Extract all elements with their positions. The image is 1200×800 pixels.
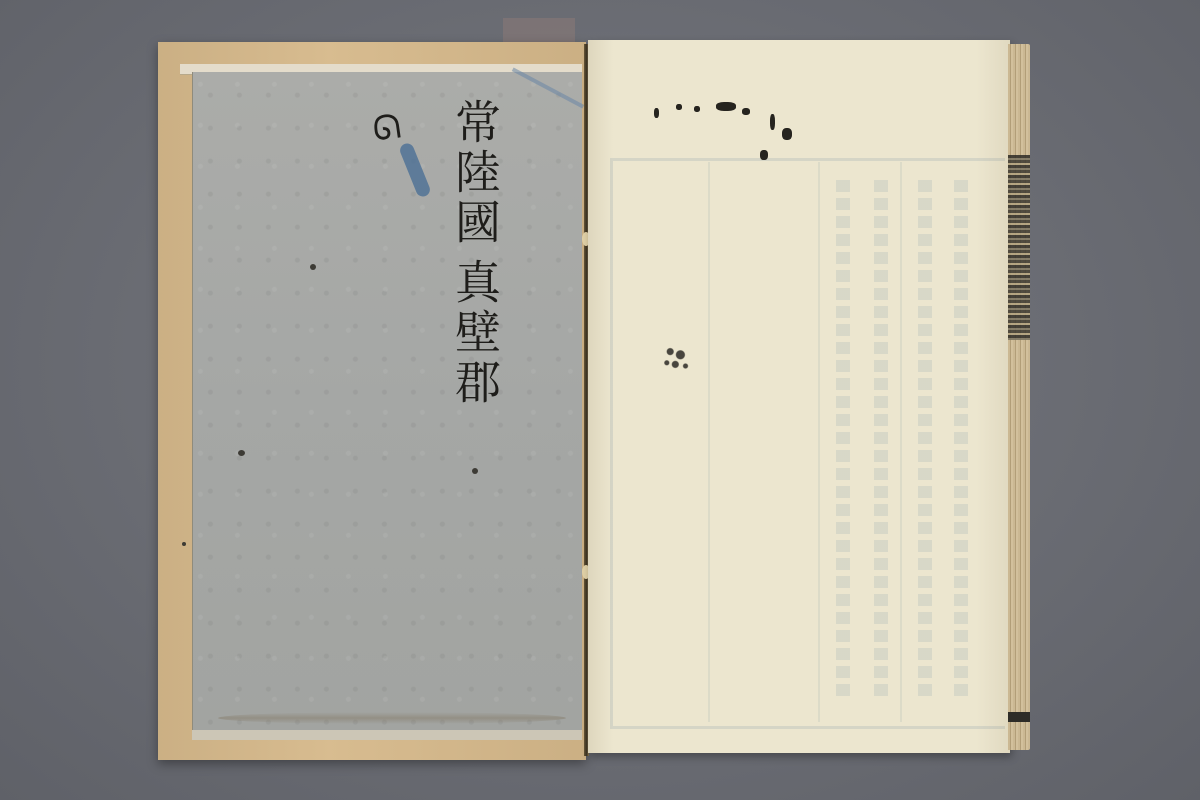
show-through-column-rule: [900, 162, 902, 722]
book-front-cover: ᘏ 常陸國真壁郡: [158, 42, 586, 760]
water-stain: [218, 712, 566, 724]
ink-blots: [652, 100, 792, 170]
paper-speck: [238, 450, 245, 456]
endpaper: [192, 72, 582, 732]
show-through-text: [836, 180, 850, 700]
show-through-text: [918, 180, 932, 700]
show-through-frame: [610, 158, 1005, 729]
paper-tab: [503, 18, 575, 42]
cover-turn-in-bottom: [192, 730, 582, 740]
inscription-char: 常: [448, 98, 502, 148]
handwritten-inscription: 常陸國真壁郡: [452, 98, 498, 408]
inscription-char: 郡: [448, 358, 502, 408]
inscription-char: 國: [448, 198, 502, 248]
show-through-column-rule: [708, 162, 710, 722]
fore-edge-band: [1008, 712, 1030, 722]
page-block-edge: [1008, 44, 1030, 750]
handwritten-mark: ᘏ: [366, 109, 410, 148]
fore-edge-writing: [1008, 155, 1030, 340]
seal-mark: [660, 342, 694, 374]
paper-speck: [310, 264, 316, 270]
show-through-text: [874, 180, 888, 700]
book-right-page: [588, 40, 1010, 753]
show-through-text: [954, 180, 968, 700]
inscription-char: 陸: [448, 148, 502, 198]
show-through-column-rule: [818, 162, 820, 722]
inscription-char: 真: [448, 258, 502, 308]
paper-speck: [182, 542, 186, 546]
inscription-char: 壁: [448, 308, 502, 358]
paper-speck: [472, 468, 478, 474]
